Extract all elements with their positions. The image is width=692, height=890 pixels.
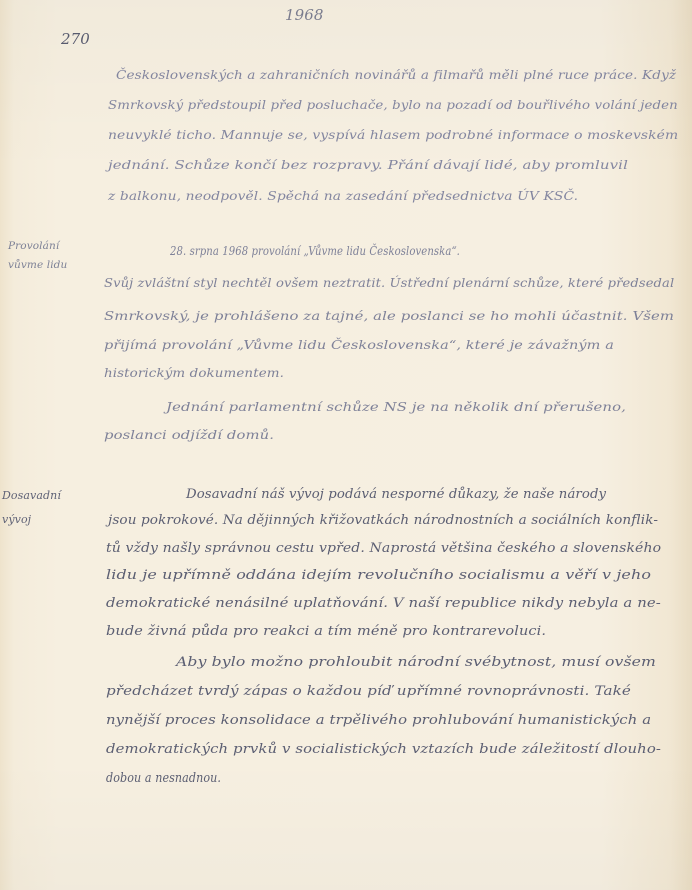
text-line: předcházet tvrdý zápas o každou píď upří… [106, 683, 631, 698]
text-line: z balkonu, neodpověl. Spěchá na zasedání… [108, 189, 578, 203]
text-line: dobou a nesnadnou. [106, 770, 221, 785]
text-line: jednání. Schůze končí bez rozpravy. Přán… [108, 158, 628, 172]
page-year: 1968 [285, 6, 324, 24]
margin-note-line: vývoj [2, 508, 61, 532]
text-line: Svůj zvláštní styl nechtěl ovšem neztrat… [104, 276, 674, 290]
text-line: Dosavadní náš vývoj podává nesporné důka… [186, 486, 606, 501]
margin-note-line: vůvme lidu [8, 256, 67, 275]
text-line: jsou pokrokové. Na dějinných křižovatkác… [108, 512, 658, 527]
margin-note-line: Dosavadní [2, 484, 61, 508]
text-line: bude živná půda pro reakci a tím méně pr… [106, 623, 546, 638]
text-line: Smrkovský předstoupil před posluchače, b… [108, 98, 678, 112]
page-number: 270 [61, 30, 90, 48]
text-line: Československých a zahraničních novinářů… [116, 68, 676, 82]
text-line: lidu je upřímně oddána idejím revolučníh… [106, 567, 651, 582]
margin-note-proclamation: Provolání vůvme lidu [8, 237, 67, 275]
handwritten-chronicle-page: 1968 270 Provolání vůvme lidu Dosavadní … [0, 0, 692, 890]
text-line: demokratické nenásilné uplatňování. V na… [106, 595, 661, 610]
text-line: Jednání parlamentní schůze NS je na něko… [166, 400, 626, 414]
text-line: tů vždy našly správnou cestu vpřed. Napr… [106, 540, 661, 555]
text-line: poslanci odjíždí domů. [104, 428, 274, 442]
text-line: Aby bylo možno prohloubit národní svébyt… [176, 654, 656, 669]
text-line: neuvyklé ticho. Mannuje se, vyspívá hlas… [108, 128, 678, 142]
margin-note-line: Provolání [8, 237, 67, 256]
margin-note-development: Dosavadní vývoj [2, 484, 61, 532]
text-line: historickým dokumentem. [104, 366, 284, 380]
text-line: přijímá provolání „Vůvme lidu Českoslove… [104, 338, 614, 352]
text-line: demokratických prvků v socialistických v… [106, 741, 661, 756]
text-line: Smrkovský, je prohlášeno za tajné, ale p… [104, 309, 674, 323]
text-line: 28. srpna 1968 provolání „Vůvme lidu Čes… [170, 244, 460, 258]
text-line: nynější proces konsolidace a trpělivého … [106, 712, 651, 727]
